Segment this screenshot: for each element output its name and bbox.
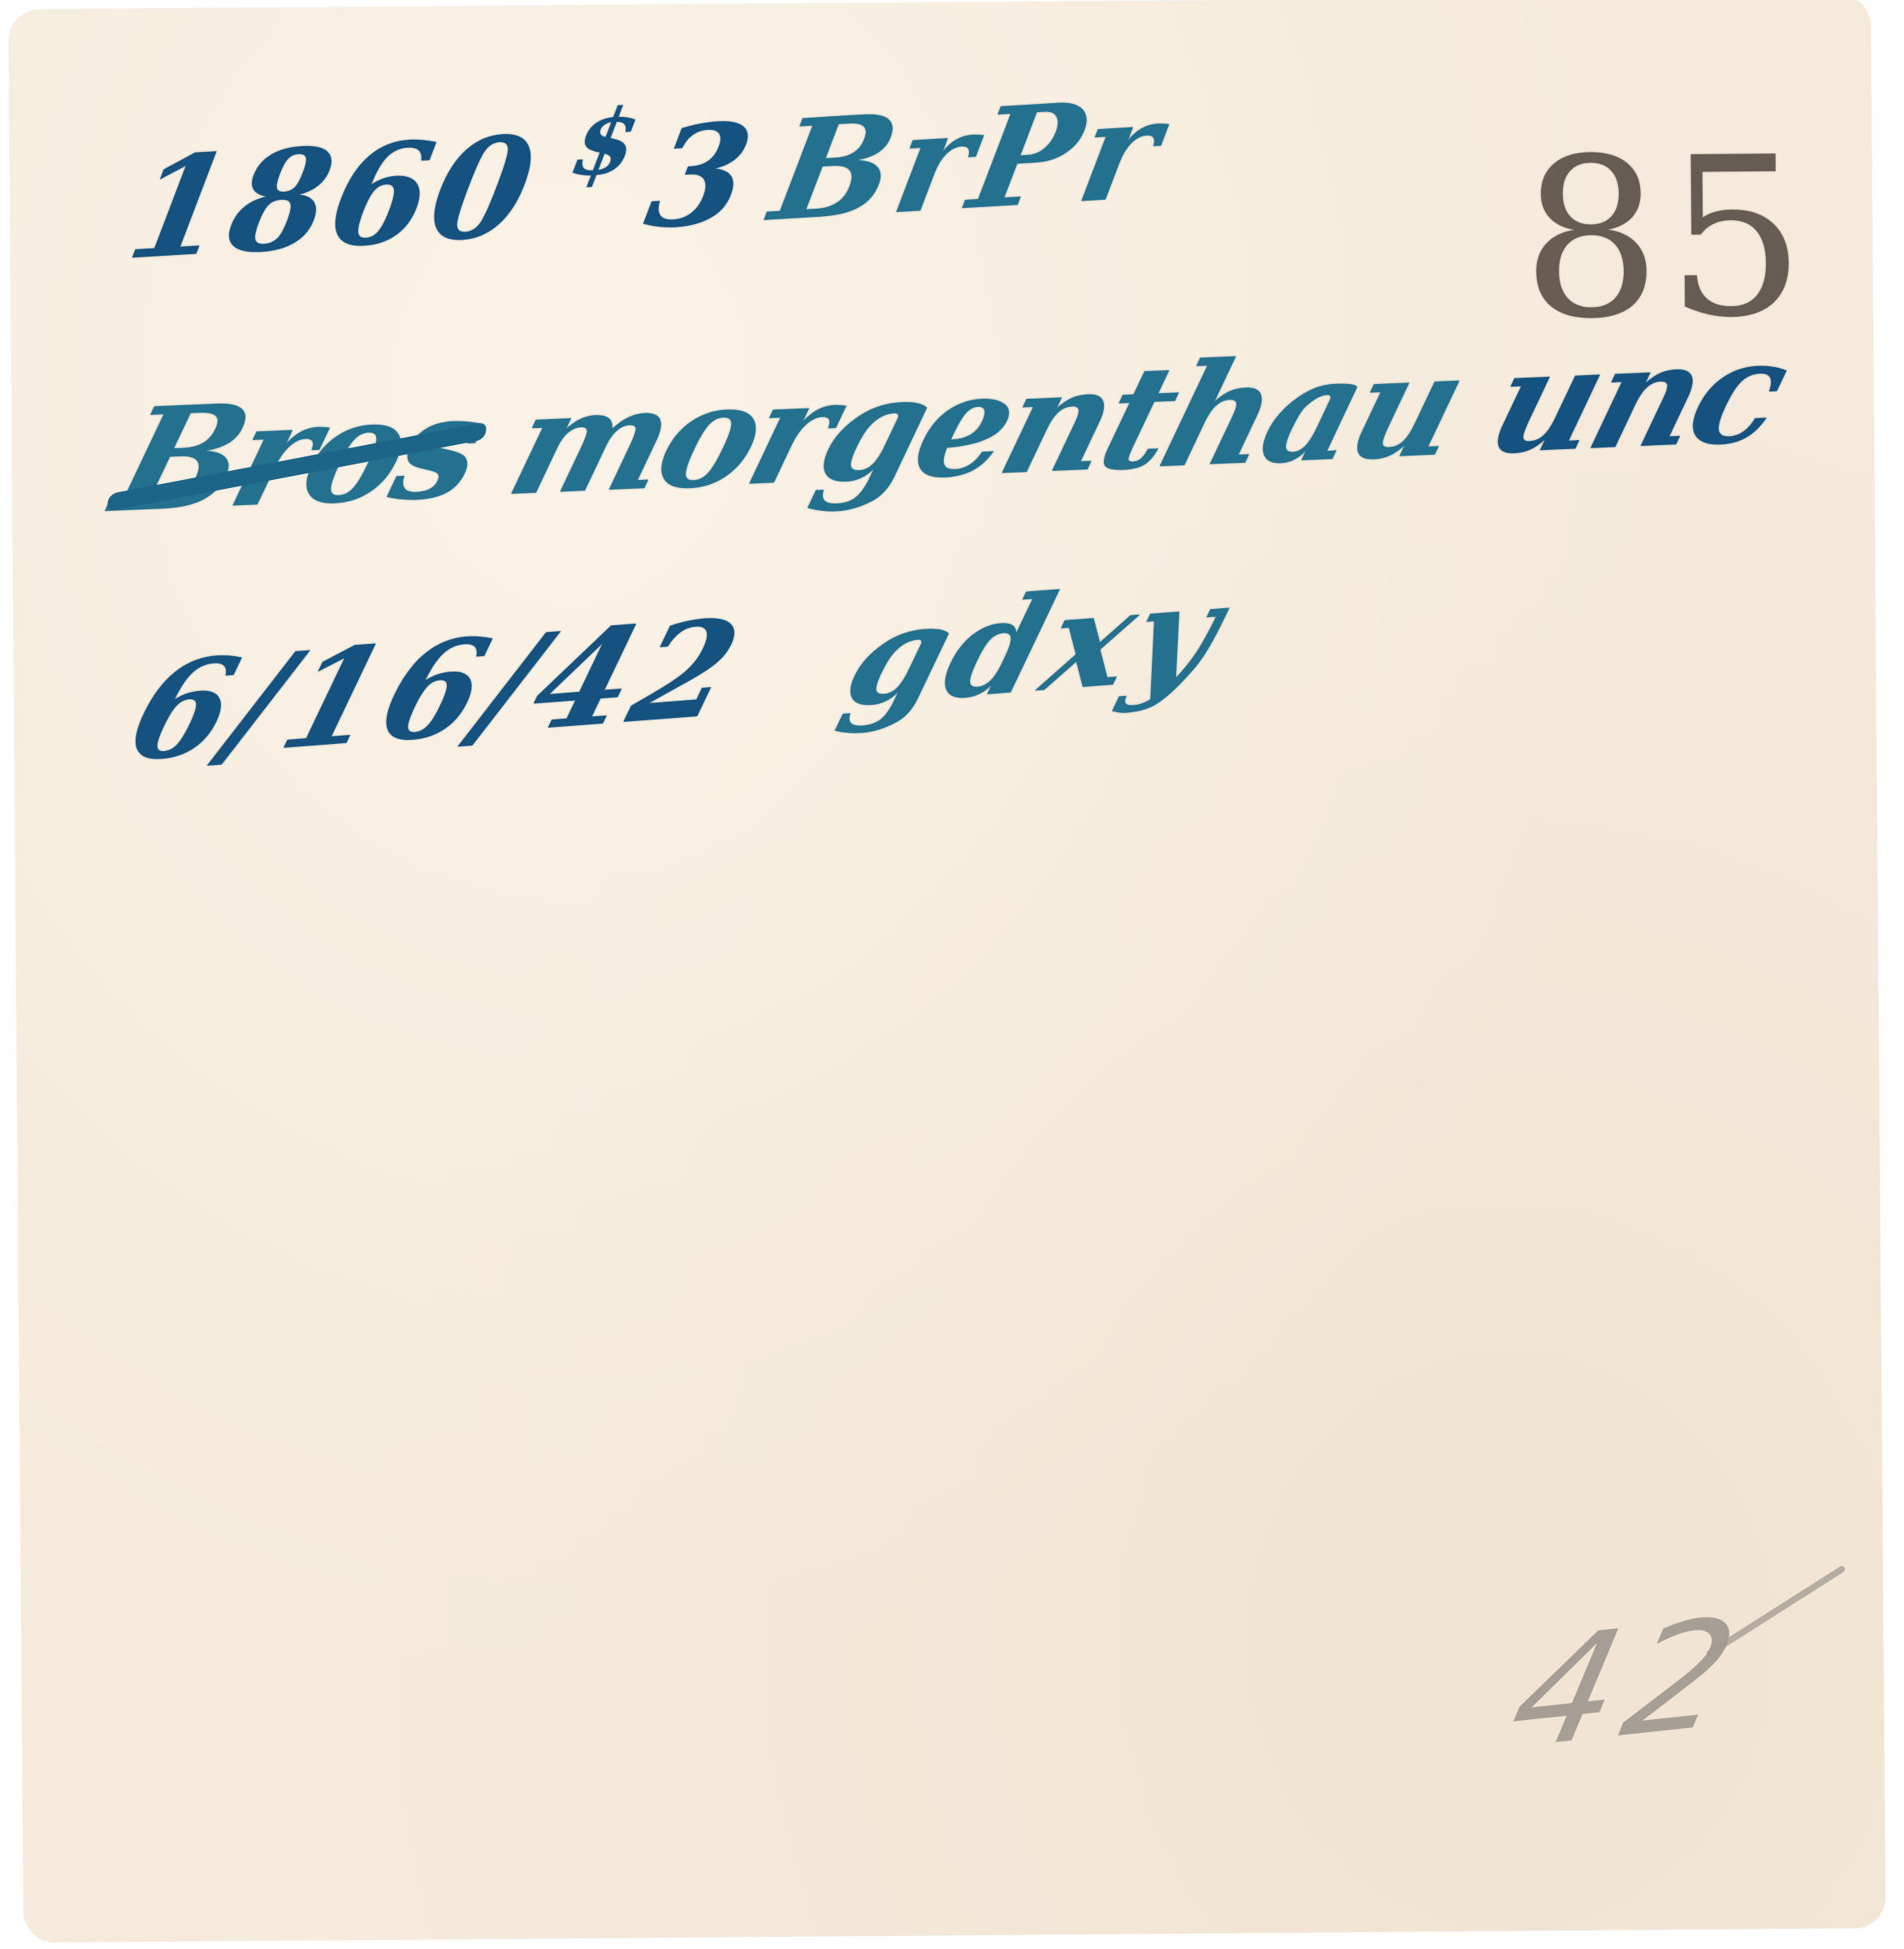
collector-card: 1860$3BrPr 85 Brosmorgenthauunc 6/16/42g… <box>9 0 1886 1943</box>
handwritten-line-2: Brosmorgenthauunc <box>98 308 1802 545</box>
condition-text: unc <box>1473 308 1802 486</box>
struck-through-word: Bros <box>98 363 500 545</box>
pencil-note: 42 <box>1479 1582 1777 1785</box>
dollar-sign-superscript: $ <box>565 88 651 197</box>
price-code-text: gdxy <box>830 551 1241 737</box>
handwritten-line-1: 1860$3BrPr <box>117 67 1175 291</box>
year-text: 1860 <box>117 105 549 292</box>
name-text: morgenthau <box>494 322 1479 528</box>
document-stage: 1860$3BrPr 85 Brosmorgenthauunc 6/16/42g… <box>0 0 1904 1949</box>
handwritten-line-3: 6/16/42gdxy <box>114 551 1241 791</box>
denomination-value: 3 <box>636 92 767 260</box>
date-text: 6/16/42 <box>114 589 759 792</box>
grade-code: BrPr <box>761 67 1175 253</box>
